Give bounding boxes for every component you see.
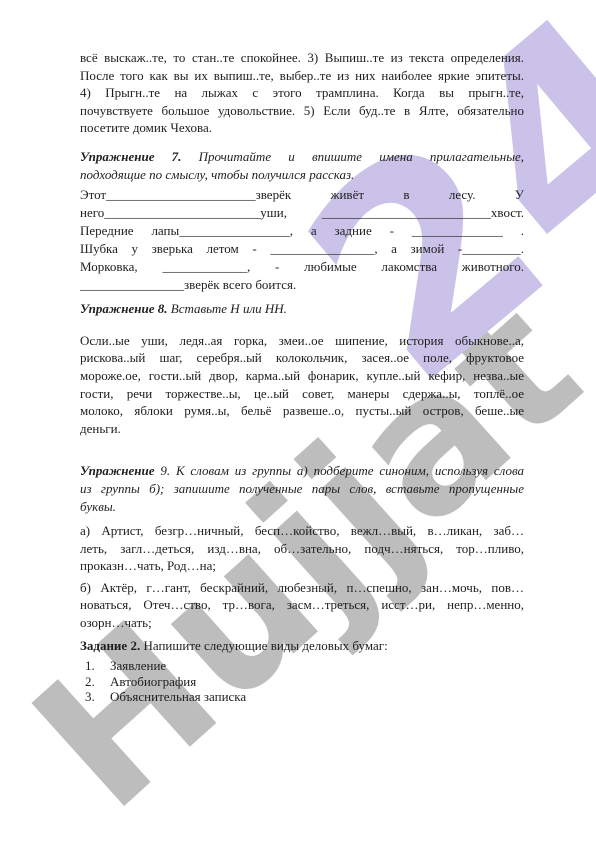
fill-blank-line: ________________зверёк всего боится. (80, 276, 524, 294)
fill-blank-line: Этот_______________________зверёк живёт … (80, 186, 524, 204)
exercise7-instruction: Прочитайте и впишите имена прилагательны… (199, 149, 524, 164)
list-item-number: 2. (85, 674, 110, 690)
text-line: почувствуете большое удовольствие. 5) Ес… (80, 102, 524, 120)
list-item-text: Автобиография (110, 674, 196, 690)
task2-list: 1. Заявление 2. Автобиография 3. Объясни… (80, 658, 524, 705)
fill-blank-line: Шубка у зверька летом - ________________… (80, 240, 524, 258)
task2-instruction: Напишите следующие виды деловых бумаг: (143, 638, 387, 653)
exercise7-label: Упражнение 7. (80, 149, 181, 164)
fill-blank-line: Морковка, _____________, - любимые лаком… (80, 258, 524, 276)
text-line: деньги. (80, 420, 524, 438)
exercise8-instruction: Вставьте Н или НН. (171, 301, 287, 316)
text-line: посетите домик Чехова. (80, 119, 524, 137)
task2-heading: Задание 2. Напишите следующие виды делов… (80, 637, 524, 655)
exercise8-words: Осли..ые уши, ледя..ая горка, змеи..ое ш… (80, 332, 524, 438)
text-line: мороже.ое, гости..ый двор, карма..ый фон… (80, 367, 524, 385)
list-item-text: Объяснительная записка (110, 689, 246, 705)
exercise9-instruction: К словам из группы а) подберите синоним,… (176, 463, 524, 478)
text-line: б) Актёр, г…гант, бескрайний, любезный, … (80, 579, 524, 597)
exercise8-label: Упражнение 8. (80, 301, 168, 316)
exercise9-label: Упражнение (80, 463, 155, 478)
list-item-number: 1. (85, 658, 110, 674)
text-line: буквы. (80, 498, 524, 516)
text-line: рискова..ый шаг, серебря..ый колокольчик… (80, 349, 524, 367)
list-item-text: Заявление (110, 658, 166, 674)
exercise7-fill-blanks: Этот_______________________зверёк живёт … (80, 186, 524, 294)
worksheet-content: всё выскаж..те, то стан..те спокойнее. 3… (80, 49, 524, 705)
exercise9-label-number: 9. (160, 463, 170, 478)
text-line: Упражнение 9. К словам из группы а) подб… (80, 462, 524, 480)
text-line: проказн…чать, Род…на; (80, 557, 524, 575)
text-line: всё выскаж..те, то стан..те спокойнее. 3… (80, 49, 524, 67)
list-item: 3. Объяснительная записка (80, 689, 524, 705)
text-line: Упражнение 7. Прочитайте и впишите имена… (80, 148, 524, 166)
text-line: 4) Прыгн..те на лыжах с этого трамплина.… (80, 84, 524, 102)
intro-paragraph: всё выскаж..те, то стан..те спокойнее. 3… (80, 49, 524, 137)
text-line: новаться, Отеч…ство, тр…вога, засм…треть… (80, 596, 524, 614)
text-line: Осли..ые уши, ледя..ая горка, змеи..ое ш… (80, 332, 524, 350)
exercise9-heading: Упражнение 9. К словам из группы а) подб… (80, 462, 524, 515)
fill-blank-line: него________________________уши, _______… (80, 204, 524, 222)
text-line: гости, речи торжестве..ы, це..ый совет, … (80, 385, 524, 403)
text-line: После того как вы их выпиш..те, выбер..т… (80, 67, 524, 85)
exercise8-heading: Упражнение 8. Вставьте Н или НН. (80, 300, 524, 318)
task2-label: Задание 2. (80, 638, 140, 653)
text-line: подходящие по смыслу, чтобы получился ра… (80, 166, 524, 184)
text-line: молоко, яблоки румя..ы, бельё развеше..о… (80, 402, 524, 420)
exercise9-group-b: б) Актёр, г…гант, бескрайний, любезный, … (80, 579, 524, 632)
text-line: из группы б); запишите полученные пары с… (80, 480, 524, 498)
list-item: 2. Автобиография (80, 674, 524, 690)
text-line: леть, загл…деться, изд…вна, об…зательно,… (80, 540, 524, 558)
list-item: 1. Заявление (80, 658, 524, 674)
text-line: озорн…чать; (80, 614, 524, 632)
exercise7-heading: Упражнение 7. Прочитайте и впишите имена… (80, 148, 524, 183)
exercise9-group-a: а) Артист, безгр…ничный, бесп…койство, в… (80, 522, 524, 575)
fill-blank-line: Передние лапы_________________, а задние… (80, 222, 524, 240)
list-item-number: 3. (85, 689, 110, 705)
text-line: а) Артист, безгр…ничный, бесп…койство, в… (80, 522, 524, 540)
document-page: Hujjat 24 всё выскаж..те, то стан..те сп… (0, 0, 596, 842)
